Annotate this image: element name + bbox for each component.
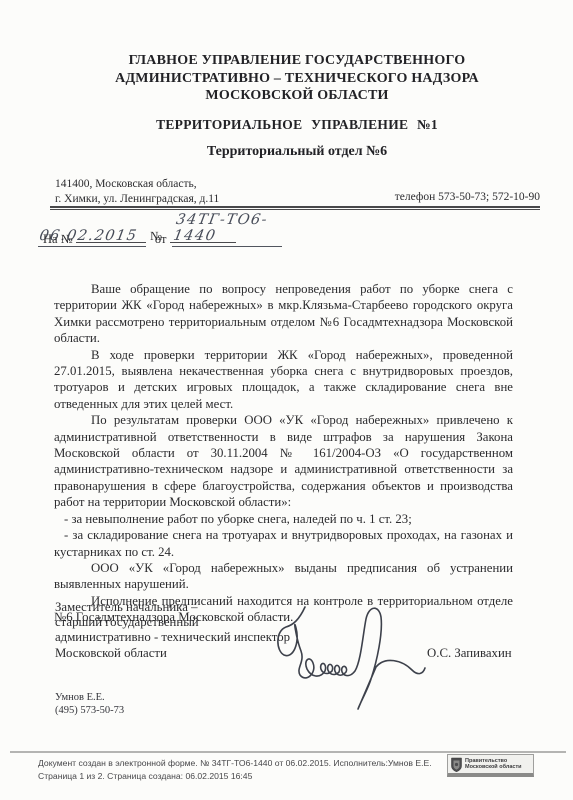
executor-block: Умнов Е.Е. (495) 573-50-73 <box>55 691 124 717</box>
badge-text-line: Московской области <box>465 764 522 771</box>
signature-scribble <box>263 598 443 723</box>
reply-date-label: от <box>155 232 167 246</box>
signer-title-line: Заместитель начальника – <box>55 600 295 615</box>
org-name-line: ГЛАВНОЕ УПРАВЛЕНИЕ ГОСУДАРСТВЕННОГО <box>54 52 540 70</box>
stamp-line: Документ создан в электронной форме. № 3… <box>38 757 432 770</box>
reply-reference-row: На № от <box>43 231 236 247</box>
signer-title-line: Московской области <box>55 646 295 661</box>
body-paragraph: Ваше обращение по вопросу непроведения р… <box>54 281 513 347</box>
violation-list-item: - за складирование снега на тротуарах и … <box>54 527 513 560</box>
moscow-region-coat-of-arms-icon <box>451 757 462 772</box>
footer-divider <box>10 751 566 753</box>
scanned-official-letter: ГЛАВНОЕ УПРАВЛЕНИЕ ГОСУДАРСТВЕННОГО АДМИ… <box>0 0 573 800</box>
reply-number-blank <box>76 231 146 243</box>
address-line: г. Химки, ул. Ленинградская, д.11 <box>55 192 219 207</box>
signer-title-line: старший государственный <box>55 615 295 630</box>
signer-job-title: Заместитель начальника – старший государ… <box>55 600 295 661</box>
executor-name: Умнов Е.Е. <box>55 691 124 704</box>
body-paragraph: В ходе проверки территории ЖК «Город наб… <box>54 347 513 413</box>
sender-phone: телефон 573-50-73; 572-10-90 <box>395 191 540 203</box>
territorial-department-title: Территориальный отдел №6 <box>54 144 540 160</box>
org-name-line: МОСКОВСКОЙ ОБЛАСТИ <box>54 87 540 105</box>
signer-title-line: административно - технический инспектор <box>55 630 295 645</box>
executor-phone: (495) 573-50-73 <box>55 704 124 717</box>
badge-text: Правительство Московской области <box>465 758 522 771</box>
reply-number-label: На № <box>43 232 73 246</box>
letterhead-divider <box>50 206 540 210</box>
electronic-document-stamp: Документ создан в электронной форме. № 3… <box>38 757 432 782</box>
moscow-region-government-badge: Правительство Московской области <box>447 754 534 777</box>
stamp-line: Страница 1 из 2. Страница создана: 06.02… <box>38 770 432 783</box>
reference-row: 06.02.2015 № 34ТГ-ТО6-1440 <box>38 212 282 232</box>
violation-list-item: - за невыполнение работ по уборке снега,… <box>54 511 513 527</box>
territorial-management-title: ТЕРРИТОРИАЛЬНОЕ УПРАВЛЕНИЕ №1 <box>54 117 540 133</box>
org-name-line: АДМИНИСТРАТИВНО – ТЕХНИЧЕСКОГО НАДЗОРА <box>54 70 540 88</box>
address-line: 141400, Московская область, <box>55 177 219 192</box>
body-paragraph: По результатам проверки ООО «УК «Город н… <box>54 412 513 510</box>
sender-address: 141400, Московская область, г. Химки, ул… <box>55 177 219 206</box>
letter-body: Ваше обращение по вопросу непроведения р… <box>54 281 513 626</box>
body-paragraph: ООО «УК «Город набережных» выданы предпи… <box>54 560 513 593</box>
organization-header: ГЛАВНОЕ УПРАВЛЕНИЕ ГОСУДАРСТВЕННОГО АДМИ… <box>54 52 540 105</box>
signer-name: О.С. Запивахин <box>427 646 512 661</box>
reply-date-blank <box>170 231 236 243</box>
